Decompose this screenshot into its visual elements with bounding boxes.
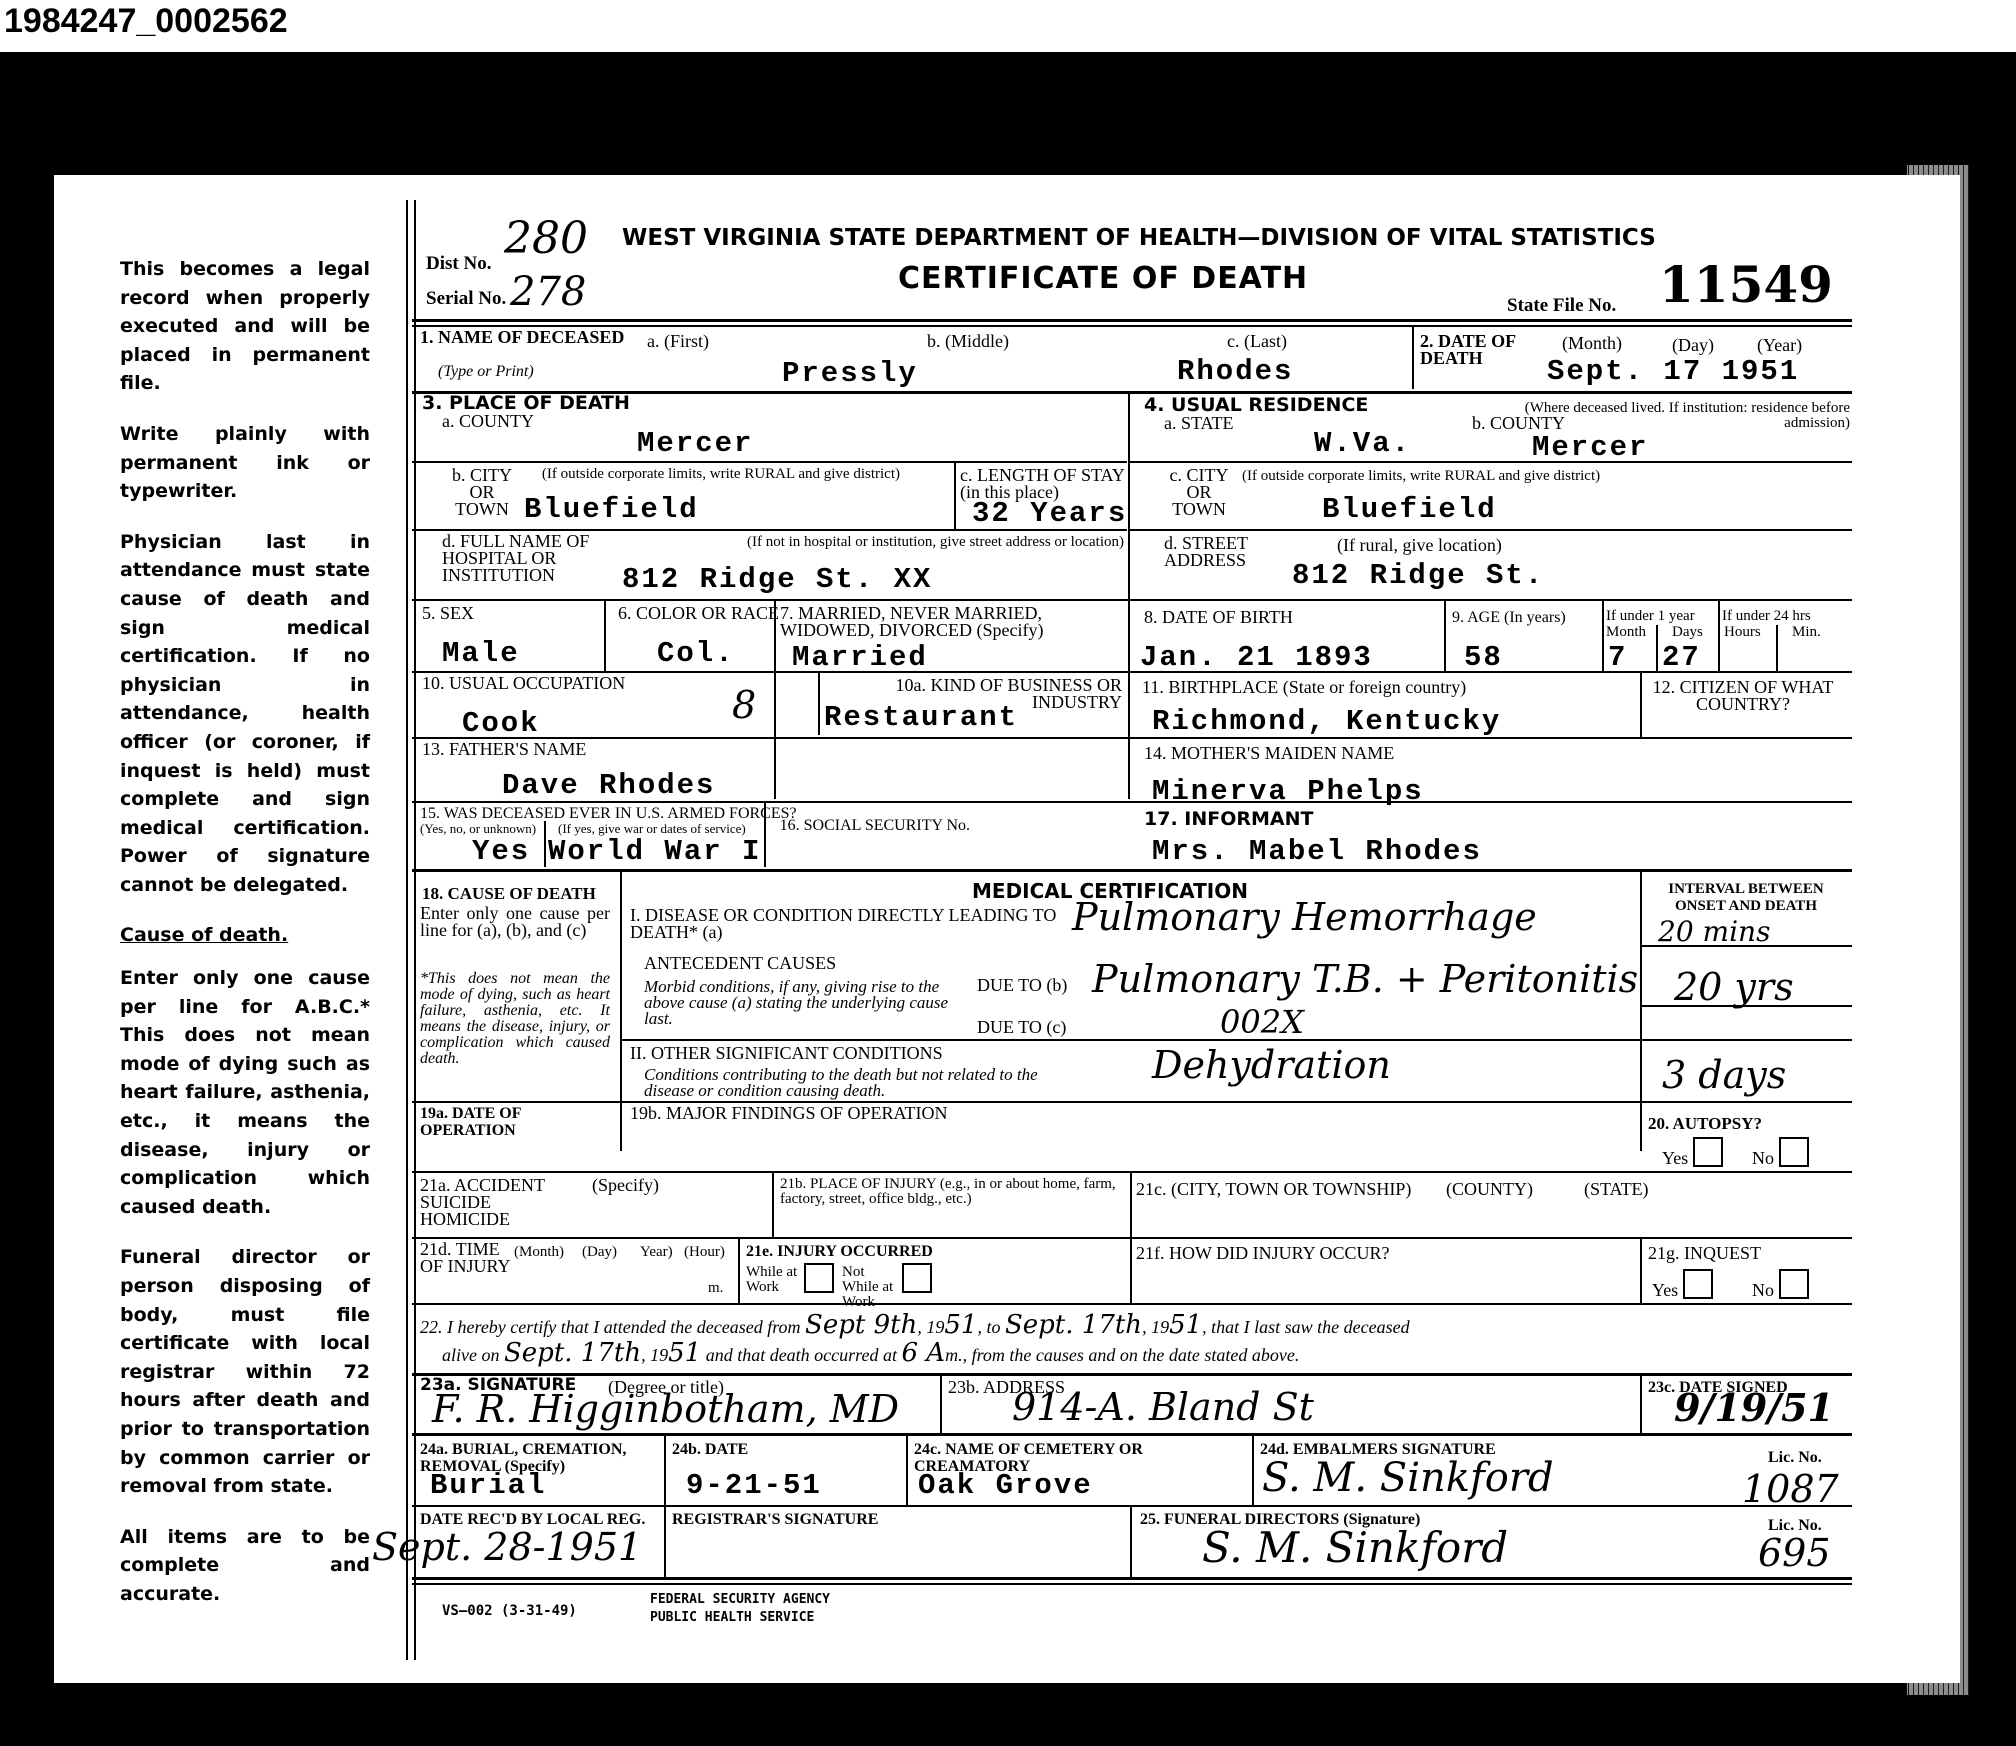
hospital-value: 812 Ridge St. XX bbox=[622, 563, 932, 596]
last-seen-year: 51 bbox=[668, 1338, 701, 1368]
hospital-label: d. FULL NAME OF HOSPITAL OR INSTITUTION bbox=[442, 533, 622, 584]
days-value: 27 bbox=[1662, 641, 1701, 674]
cause-c-value: 002X bbox=[1220, 1003, 1304, 1041]
injury-month-label: (Month) bbox=[514, 1245, 564, 1260]
registrar-label: REGISTRAR'S SIGNATURE bbox=[672, 1511, 878, 1528]
dod-month-label: (Month) bbox=[1562, 335, 1622, 352]
last-name-value: Rhodes bbox=[1177, 355, 1293, 388]
director-lic-value: 695 bbox=[1758, 1531, 1831, 1575]
minutes-label: Min. bbox=[1792, 625, 1821, 640]
instruction-physician: Physician last in attendance must state … bbox=[120, 528, 370, 900]
pod-county-value: Mercer bbox=[637, 427, 753, 460]
months-label: Month bbox=[1606, 625, 1646, 640]
injury-time-label: 21d. TIME OF INJURY bbox=[420, 1241, 520, 1275]
res-street-note: (If rural, give location) bbox=[1337, 537, 1502, 554]
due-to-b-label: DUE TO (b) bbox=[977, 977, 1067, 994]
autopsy-no-checkbox[interactable] bbox=[1779, 1137, 1809, 1167]
injury-occurred-label: 21e. INJURY OCCURRED bbox=[746, 1243, 933, 1260]
antecedent-note: Morbid conditions, if any, giving rise t… bbox=[644, 979, 974, 1027]
interval-b-value: 20 yrs bbox=[1674, 965, 1794, 1009]
form-number: VS—002 (3-31-49) bbox=[442, 1603, 577, 1620]
under-1-year-label: If under 1 year bbox=[1606, 609, 1716, 624]
race-value: Col. bbox=[657, 637, 735, 670]
birthplace-value: Richmond, Kentucky bbox=[1152, 705, 1501, 738]
days-label: Days bbox=[1672, 625, 1703, 640]
attended-to: Sept. 17th bbox=[1005, 1310, 1142, 1340]
injury-not-at-work-checkbox[interactable] bbox=[902, 1263, 932, 1293]
serial-no-label: Serial No. bbox=[426, 290, 506, 307]
mother-label: 14. MOTHER'S MAIDEN NAME bbox=[1144, 745, 1394, 762]
image-id-bar: 1984247_0002562 bbox=[0, 0, 2016, 52]
residence-label: 4. USUAL RESIDENCE bbox=[1144, 397, 1368, 414]
occupation-label: 10. USUAL OCCUPATION bbox=[422, 675, 625, 692]
burial-type-value: Burial bbox=[430, 1469, 546, 1502]
last-seen-alive: Sept. 17th bbox=[504, 1338, 641, 1368]
res-street-value: 812 Ridge St. bbox=[1292, 559, 1544, 592]
length-of-stay-value: 32 Years bbox=[972, 497, 1127, 530]
injury-city-label: 21c. (CITY, TOWN OR TOWNSHIP) bbox=[1136, 1181, 1411, 1198]
informant-label: 17. INFORMANT bbox=[1144, 811, 1313, 828]
autopsy-yes[interactable]: Yes bbox=[1662, 1137, 1723, 1167]
sex-label: 5. SEX bbox=[422, 605, 474, 622]
middle-name-value: Pressly bbox=[782, 357, 918, 390]
time-of-death: 6 A bbox=[902, 1338, 946, 1368]
date-of-death-label: 2. DATE OF DEATH bbox=[1420, 333, 1530, 367]
armed-forces-value: Yes bbox=[472, 835, 530, 868]
interval-label: INTERVAL BETWEEN ONSET AND DEATH bbox=[1646, 881, 1846, 915]
injury-at-work-checkbox[interactable] bbox=[804, 1263, 834, 1293]
armed-forces-sub1: (Yes, no, or unknown) bbox=[420, 821, 536, 836]
attended-from-year: 51 bbox=[944, 1310, 977, 1340]
war-value: World War I bbox=[548, 835, 761, 868]
antecedent-label: ANTECEDENT CAUSES bbox=[644, 955, 836, 972]
instruction-cause: Enter only one cause per line for A.B.C.… bbox=[120, 964, 370, 1221]
footer-agency-2: PUBLIC HEALTH SERVICE bbox=[650, 1609, 814, 1626]
armed-forces-sub2: (If yes, give war or dates of service) bbox=[558, 821, 746, 836]
date-of-death-value: Sept. 17 1951 bbox=[1547, 355, 1799, 388]
res-state-value: W.Va. bbox=[1314, 427, 1411, 460]
name-sub-label: (Type or Print) bbox=[438, 363, 534, 380]
autopsy-yes-checkbox[interactable] bbox=[1693, 1137, 1723, 1167]
serial-no-value: 278 bbox=[510, 269, 586, 315]
inquest-yes[interactable]: Yes bbox=[1652, 1269, 1713, 1299]
age-label: 9. AGE (In years) bbox=[1452, 609, 1566, 626]
dist-no-label: Dist No. bbox=[426, 255, 491, 272]
injury-at-work: While at Work bbox=[746, 1265, 806, 1295]
how-injury-label: 21f. HOW DID INJURY OCCUR? bbox=[1136, 1245, 1390, 1262]
operation-findings-label: 19b. MAJOR FINDINGS OF OPERATION bbox=[630, 1105, 948, 1122]
occupation-code: 8 bbox=[732, 683, 756, 727]
other-conditions-value: Dehydration bbox=[1152, 1043, 1391, 1087]
first-name-label: a. (First) bbox=[647, 333, 709, 350]
injury-day-label: (Day) bbox=[582, 1245, 617, 1260]
instruction-funeral-director: Funeral director or person disposing of … bbox=[120, 1243, 370, 1500]
part2-label: II. OTHER SIGNIFICANT CONDITIONS bbox=[630, 1045, 943, 1062]
injury-county-label: (COUNTY) bbox=[1446, 1181, 1533, 1198]
dist-no-value: 280 bbox=[504, 213, 588, 264]
certification-line-2: alive on Sept. 17th, 1951 and that death… bbox=[442, 1345, 1299, 1364]
embalmer-lic-label: Lic. No. bbox=[1768, 1449, 1822, 1466]
ssn-label: 16. SOCIAL SECURITY No. bbox=[772, 817, 970, 834]
footer-agency-1: FEDERAL SECURITY AGENCY bbox=[650, 1591, 830, 1608]
instruction-complete: All items are to be complete and accurat… bbox=[120, 1523, 370, 1609]
res-city-value: Bluefield bbox=[1322, 493, 1497, 526]
certificate-title: CERTIFICATE OF DEATH bbox=[898, 261, 1308, 296]
instructions-sidebar: This becomes a legal record when properl… bbox=[120, 255, 370, 1631]
dod-day-label: (Day) bbox=[1672, 337, 1714, 354]
funeral-director-signature: S. M. Sinkford bbox=[1202, 1523, 1508, 1572]
injury-state-label: (STATE) bbox=[1584, 1181, 1649, 1198]
physician-signature: F. R. Higginbotham, MD bbox=[432, 1387, 899, 1431]
physician-address: 914-A. Bland St bbox=[1012, 1385, 1314, 1429]
pod-city-value: Bluefield bbox=[524, 493, 699, 526]
father-label: 13. FATHER'S NAME bbox=[422, 741, 586, 758]
agency-header: WEST VIRGINIA STATE DEPARTMENT OF HEALTH… bbox=[622, 225, 1656, 251]
informant-value: Mrs. Mabel Rhodes bbox=[1152, 835, 1482, 868]
citizen-label: 12. CITIZEN OF WHAT COUNTRY? bbox=[1648, 679, 1838, 713]
marital-label: 7. MARRIED, NEVER MARRIED, WIDOWED, DIVO… bbox=[780, 605, 1125, 639]
instruction-write-plainly: Write plainly with permanent ink or type… bbox=[120, 420, 370, 506]
interval-a-value: 20 mins bbox=[1658, 915, 1770, 948]
middle-name-label: b. (Middle) bbox=[927, 333, 1009, 350]
res-city-label: c. CITY OR TOWN bbox=[1164, 467, 1234, 518]
accident-label: 21a. ACCIDENT SUICIDE HOMICIDE bbox=[420, 1177, 570, 1228]
dob-label: 8. DATE OF BIRTH bbox=[1144, 609, 1293, 626]
father-value: Dave Rhodes bbox=[502, 769, 715, 802]
res-street-label: d. STREET ADDRESS bbox=[1164, 535, 1274, 569]
res-county-value: Mercer bbox=[1532, 431, 1648, 464]
interval-other-value: 3 days bbox=[1662, 1053, 1786, 1097]
image-id: 1984247_0002562 bbox=[4, 2, 288, 41]
autopsy-no[interactable]: No bbox=[1752, 1137, 1809, 1167]
place-of-death-label: 3. PLACE OF DEATH bbox=[422, 395, 630, 412]
date-signed-value: 9/19/51 bbox=[1674, 1385, 1834, 1430]
hospital-note: (If not in hospital or institution, give… bbox=[624, 535, 1124, 550]
accident-specify: (Specify) bbox=[592, 1177, 659, 1194]
received-value: Sept. 28-1951 bbox=[372, 1525, 642, 1569]
attended-to-year: 51 bbox=[1169, 1310, 1202, 1340]
operation-date-label: 19a. DATE OF OPERATION bbox=[420, 1105, 610, 1139]
occupation-value: Cook bbox=[462, 707, 540, 740]
part2-note: Conditions contributing to the death but… bbox=[644, 1067, 1044, 1099]
dod-year-label: (Year) bbox=[1757, 337, 1802, 354]
injury-m-label: m. bbox=[708, 1281, 723, 1296]
instruction-legal-record: This becomes a legal record when properl… bbox=[120, 255, 370, 398]
due-to-c-label: DUE TO (c) bbox=[977, 1019, 1066, 1036]
death-certificate-form: Dist No. 280 Serial No. 278 WEST VIRGINI… bbox=[412, 205, 1852, 1665]
inquest-label: 21g. INQUEST bbox=[1648, 1245, 1761, 1262]
cause-instructions: Enter only one cause per line for (a), (… bbox=[420, 905, 610, 939]
marital-value: Married bbox=[792, 641, 928, 674]
injury-year-label: Year) bbox=[640, 1245, 673, 1260]
state-file-label: State File No. bbox=[1507, 297, 1616, 314]
cause-a-value: Pulmonary Hemorrhage bbox=[1072, 895, 1537, 939]
res-city-note: (If outside corporate limits, write RURA… bbox=[1242, 469, 1600, 484]
mother-value: Minerva Phelps bbox=[1152, 775, 1424, 808]
inquest-no[interactable]: No bbox=[1752, 1269, 1809, 1299]
injury-hour-label: (Hour) bbox=[684, 1245, 725, 1260]
last-name-label: c. (Last) bbox=[1227, 333, 1287, 350]
cause-footnote: *This does not mean the mode of dying, s… bbox=[420, 971, 610, 1067]
res-county-label: b. COUNTY bbox=[1472, 415, 1565, 432]
months-value: 7 bbox=[1608, 641, 1627, 674]
injury-place-label: 21b. PLACE OF INJURY (e.g., in or about … bbox=[780, 1177, 1130, 1207]
cause-of-death-label: 18. CAUSE OF DEATH bbox=[422, 885, 596, 902]
armed-forces-label: 15. WAS DECEASED EVER IN U.S. ARMED FORC… bbox=[420, 805, 797, 822]
certification-line-1: 22. I hereby certify that I attended the… bbox=[420, 1317, 1410, 1336]
business-value: Restaurant bbox=[824, 701, 1018, 734]
pod-city-note: (If outside corporate limits, write RURA… bbox=[530, 467, 900, 482]
length-of-stay-label: c. LENGTH OF STAY (in this place) bbox=[960, 467, 1128, 501]
sex-value: Male bbox=[442, 637, 520, 670]
race-label: 6. COLOR OR RACE bbox=[618, 605, 779, 622]
burial-date-label: 24b. DATE bbox=[672, 1441, 748, 1458]
res-state-label: a. STATE bbox=[1164, 415, 1234, 432]
burial-date-value: 9-21-51 bbox=[686, 1469, 822, 1502]
cemetery-value: Oak Grove bbox=[918, 1469, 1093, 1502]
hours-label: Hours bbox=[1724, 625, 1761, 640]
pod-county-label: a. COUNTY bbox=[442, 413, 534, 430]
birthplace-label: 11. BIRTHPLACE (State or foreign country… bbox=[1142, 679, 1466, 696]
cause-b-value: Pulmonary T.B. + Peritonitis bbox=[1092, 957, 1638, 1001]
pod-city-label: b. CITY OR TOWN bbox=[442, 467, 522, 518]
dob-value: Jan. 21 1893 bbox=[1140, 641, 1373, 674]
autopsy-label: 20. AUTOPSY? bbox=[1648, 1115, 1762, 1132]
age-value: 58 bbox=[1464, 641, 1503, 674]
inquest-yes-checkbox[interactable] bbox=[1683, 1269, 1713, 1299]
part1-label: I. DISEASE OR CONDITION DIRECTLY LEADING… bbox=[630, 907, 1070, 941]
attended-from: Sept 9th bbox=[805, 1310, 917, 1340]
inquest-no-checkbox[interactable] bbox=[1779, 1269, 1809, 1299]
under-24hrs-label: If under 24 hrs bbox=[1722, 609, 1852, 624]
embalmer-signature: S. M. Sinkford bbox=[1262, 1455, 1554, 1501]
instruction-cause-header: Cause of death. bbox=[120, 921, 370, 950]
name-label: 1. NAME OF DECEASED bbox=[420, 329, 624, 346]
state-file-number: 11549 bbox=[1659, 255, 1833, 314]
